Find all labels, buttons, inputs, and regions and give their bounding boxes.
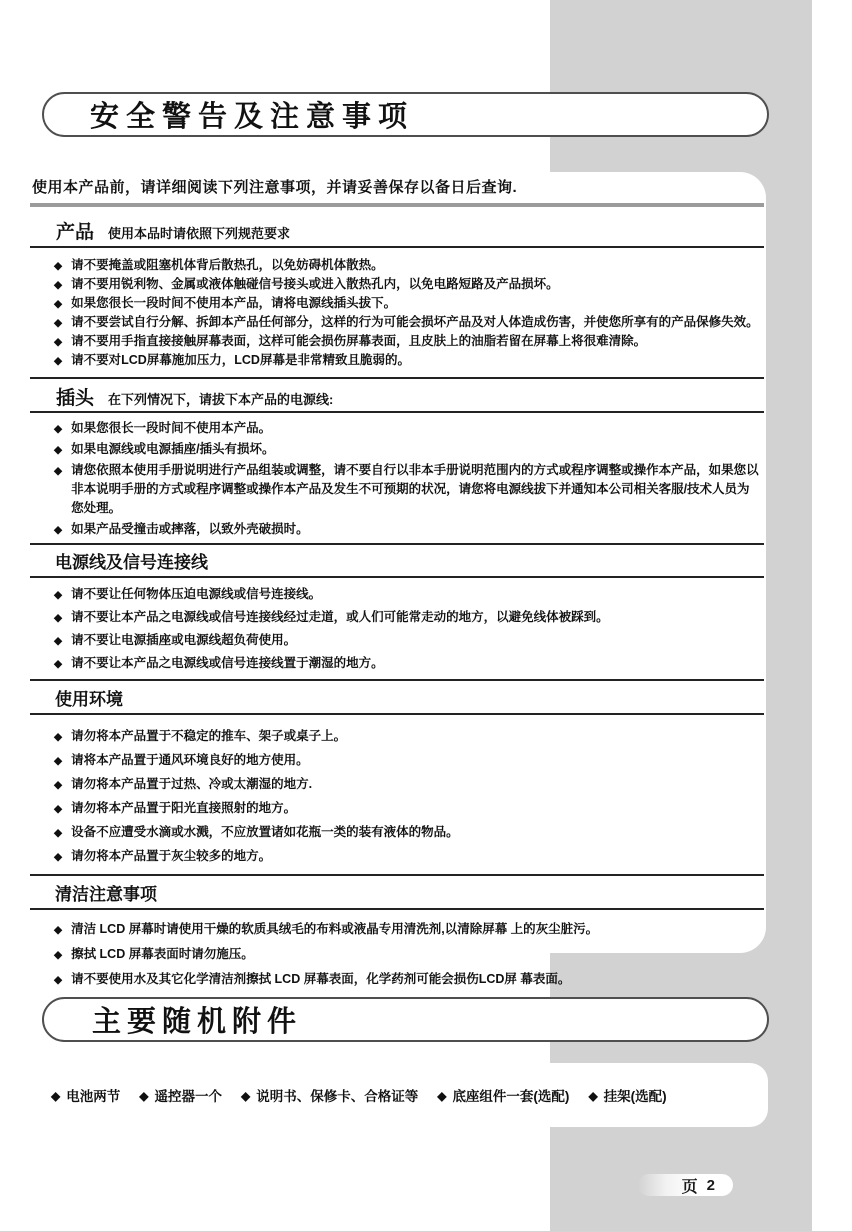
bullet-item: ◆请将本产品置于通风环境良好的地方使用。	[54, 751, 760, 770]
bullet-text: 清洁 LCD 屏幕时请使用干燥的软质具绒毛的布料或液晶专用清洗剂,以清除屏幕 上…	[71, 920, 760, 939]
diamond-icon: ◆	[54, 752, 62, 771]
section-title-product: 产品 使用本品时请依照下列规范要求	[0, 217, 766, 244]
bullet-text: 请不要让本产品之电源线或信号连接线经过走道，或人们可能常走动的地方，以避免线体被…	[71, 608, 760, 627]
bullet-item: ◆请不要尝试自行分解、拆卸本产品任何部分，这样的行为可能会损坏产品及对人体造成伤…	[54, 314, 760, 331]
section-title: 清洁注意事项	[55, 880, 157, 905]
bullet-item: ◆如果产品受撞击或摔落，以致外壳破损时。	[54, 520, 760, 539]
page-badge-number: 2	[707, 1177, 715, 1194]
bullet-item: ◆设备不应遭受水滴或水溅，不应放置诸如花瓶一类的装有液体的物品。	[54, 823, 760, 842]
bullet-item: ◆请勿将本产品置于灰尘较多的地方。	[54, 847, 760, 866]
bullet-text: 如果产品受撞击或摔落，以致外壳破损时。	[71, 520, 760, 539]
diamond-icon: ◆	[54, 258, 62, 275]
diamond-icon: ◆	[241, 1089, 250, 1103]
section-title: 插头	[56, 383, 94, 410]
manual-page: 安全警告及注意事项 使用本产品前，请详细阅读下列注意事项，并请妥善保存以备日后查…	[0, 0, 852, 1231]
accessories-banner: 主要随机附件	[42, 997, 769, 1042]
intro-text: 使用本产品前，请详细阅读下列注意事项，并请妥善保存以备日后查询.	[32, 176, 766, 197]
bullet-text: 设备不应遭受水滴或水溅，不应放置诸如花瓶一类的装有液体的物品。	[71, 823, 760, 842]
bullet-item: ◆请您依照本使用手册说明进行产品组装或调整，请不要自行以非本手册说明范围内的方式…	[54, 461, 760, 518]
section-title: 使用环境	[55, 685, 123, 710]
accessory-item: ◆说明书、保修卡、合格证等	[241, 1085, 418, 1105]
diamond-icon: ◆	[54, 334, 62, 351]
bullet-text: 请不要用锐利物、金属或液体触碰信号接头或进入散热孔内，以免电路短路及产品损坏。	[71, 276, 760, 293]
safety-banner: 安全警告及注意事项	[42, 92, 769, 137]
accessory-item: ◆底座组件一套(选配)	[437, 1085, 569, 1105]
safety-banner-title: 安全警告及注意事项	[90, 94, 414, 135]
section-rule	[30, 246, 764, 248]
accessories-banner-title: 主要随机附件	[92, 999, 302, 1040]
section-title: 电源线及信号连接线	[55, 548, 208, 573]
accessory-item: ◆电池两节	[51, 1085, 120, 1105]
bullet-item: ◆请不要让本产品之电源线或信号连接线经过走道，或人们可能常走动的地方，以避免线体…	[54, 608, 760, 627]
bullet-text: 请不要尝试自行分解、拆卸本产品任何部分，这样的行为可能会损坏产品及对人体造成伤害…	[71, 314, 760, 331]
diamond-icon: ◆	[54, 353, 62, 370]
bullet-item: ◆请不要掩盖或阻塞机体背后散热孔，以免妨碍机体散热。	[54, 257, 760, 274]
accessory-item: ◆挂架(选配)	[588, 1085, 666, 1105]
section-title-cleaning: 清洁注意事项	[0, 880, 766, 905]
section-rule	[30, 377, 764, 379]
diamond-icon: ◆	[54, 315, 62, 332]
content-panel: 使用本产品前，请详细阅读下列注意事项，并请妥善保存以备日后查询. 产品 使用本品…	[0, 172, 766, 953]
bullet-text: 请勿将本产品置于灰尘较多的地方。	[71, 847, 760, 866]
diamond-icon: ◆	[51, 1089, 60, 1103]
section-title-plug: 插头 在下列情况下，请拔下本产品的电源线:	[0, 383, 766, 410]
diamond-icon: ◆	[54, 728, 62, 747]
diamond-icon: ◆	[54, 609, 62, 628]
diamond-icon: ◆	[54, 521, 62, 540]
section-rule	[30, 874, 764, 876]
section-rule	[30, 679, 764, 681]
section-rule	[30, 411, 764, 413]
bullet-text: 请不要使用水及其它化学清洁剂擦拭 LCD 屏幕表面，化学药剂可能会损伤LCD屏 …	[71, 970, 760, 989]
bullet-text: 如果您很长一段时间不使用本产品，请将电源线插头拔下。	[71, 295, 760, 312]
bullet-text: 请不要掩盖或阻塞机体背后散热孔，以免妨碍机体散热。	[71, 257, 760, 274]
bullet-text: 请不要用手指直接接触屏幕表面，这样可能会损伤屏幕表面，且皮肤上的油脂若留在屏幕上…	[71, 333, 760, 350]
bullet-item: ◆请勿将本产品置于过热、冷或太潮湿的地方.	[54, 775, 760, 794]
accessory-item: ◆遥控器一个	[139, 1085, 222, 1105]
bullet-text: 请将本产品置于通风环境良好的地方使用。	[71, 751, 760, 770]
section-rule	[30, 576, 764, 578]
bullet-item: ◆请不要让本产品之电源线或信号连接线置于潮湿的地方。	[54, 654, 760, 673]
diamond-icon: ◆	[139, 1089, 148, 1103]
diamond-icon: ◆	[54, 586, 62, 605]
accessory-label: 说明书、保修卡、合格证等	[256, 1085, 418, 1105]
bullet-item: ◆如果您很长一段时间不使用本产品，请将电源线插头拔下。	[54, 295, 760, 312]
bullet-list-product: ◆请不要掩盖或阻塞机体背后散热孔，以免妨碍机体散热。 ◆请不要用锐利物、金属或液…	[0, 257, 766, 369]
section-title: 产品	[56, 217, 94, 244]
diamond-icon: ◆	[54, 824, 62, 843]
bullet-item: ◆如果电源线或电源插座/插头有损坏。	[54, 440, 760, 459]
bullet-item: ◆请不要让电源插座或电源线超负荷使用。	[54, 631, 760, 650]
divider-thick	[30, 203, 764, 207]
section-rule	[30, 543, 764, 545]
bullet-text: 请勿将本产品置于过热、冷或太潮湿的地方.	[71, 775, 760, 794]
page-badge-label: 页	[682, 1174, 698, 1197]
diamond-icon: ◆	[54, 632, 62, 651]
bullet-list-cleaning: ◆清洁 LCD 屏幕时请使用干燥的软质具绒毛的布料或液晶专用清洗剂,以清除屏幕 …	[0, 920, 766, 989]
bullet-item: ◆请不要让任何物体压迫电源线或信号连接线。	[54, 585, 760, 604]
section-rule	[30, 908, 764, 910]
bullet-item: ◆清洁 LCD 屏幕时请使用干燥的软质具绒毛的布料或液晶专用清洗剂,以清除屏幕 …	[54, 920, 760, 939]
bullet-text: 如果您很长一段时间不使用本产品。	[71, 419, 760, 438]
diamond-icon: ◆	[54, 800, 62, 819]
diamond-icon: ◆	[54, 776, 62, 795]
diamond-icon: ◆	[54, 921, 62, 940]
diamond-icon: ◆	[54, 277, 62, 294]
diamond-icon: ◆	[54, 655, 62, 674]
diamond-icon: ◆	[54, 971, 62, 990]
bullet-text: 请勿将本产品置于阳光直接照射的地方。	[71, 799, 760, 818]
bullet-list-environment: ◆请勿将本产品置于不稳定的推车、架子或桌子上。 ◆请将本产品置于通风环境良好的地…	[0, 727, 766, 866]
diamond-icon: ◆	[54, 848, 62, 867]
bullet-list-cords: ◆请不要让任何物体压迫电源线或信号连接线。 ◆请不要让本产品之电源线或信号连接线…	[0, 585, 766, 673]
diamond-icon: ◆	[54, 296, 62, 313]
bullet-item: ◆如果您很长一段时间不使用本产品。	[54, 419, 760, 438]
bullet-text: 请勿将本产品置于不稳定的推车、架子或桌子上。	[71, 727, 760, 746]
diamond-icon: ◆	[54, 946, 62, 965]
accessory-label: 挂架(选配)	[604, 1085, 667, 1105]
diamond-icon: ◆	[54, 420, 62, 439]
bullet-text: 擦拭 LCD 屏幕表面时请勿施压。	[71, 945, 760, 964]
diamond-icon: ◆	[588, 1089, 597, 1103]
diamond-icon: ◆	[54, 462, 62, 519]
bullet-text: 请不要让任何物体压迫电源线或信号连接线。	[71, 585, 760, 604]
accessory-label: 电池两节	[66, 1085, 120, 1105]
section-title-cords: 电源线及信号连接线	[0, 548, 766, 573]
bullet-text: 如果电源线或电源插座/插头有损坏。	[71, 440, 760, 459]
bullet-text: 请您依照本使用手册说明进行产品组装或调整，请不要自行以非本手册说明范围内的方式或…	[71, 461, 760, 518]
accessory-label: 遥控器一个	[154, 1085, 222, 1105]
bullet-item: ◆请勿将本产品置于阳光直接照射的地方。	[54, 799, 760, 818]
bullet-item: ◆请不要用锐利物、金属或液体触碰信号接头或进入散热孔内，以免电路短路及产品损坏。	[54, 276, 760, 293]
bullet-list-plug: ◆如果您很长一段时间不使用本产品。 ◆如果电源线或电源插座/插头有损坏。 ◆请您…	[0, 419, 766, 539]
section-title-environment: 使用环境	[0, 685, 766, 710]
accessory-label: 底座组件一套(选配)	[452, 1085, 569, 1105]
section-subtitle: 在下列情况下，请拔下本产品的电源线:	[108, 389, 333, 408]
section-subtitle: 使用本品时请依照下列规范要求	[108, 223, 290, 242]
bullet-text: 请不要让本产品之电源线或信号连接线置于潮湿的地方。	[71, 654, 760, 673]
accessories-panel: ◆电池两节 ◆遥控器一个 ◆说明书、保修卡、合格证等 ◆底座组件一套(选配) ◆…	[30, 1063, 768, 1127]
bullet-item: ◆请不要使用水及其它化学清洁剂擦拭 LCD 屏幕表面，化学药剂可能会损伤LCD屏…	[54, 970, 760, 989]
diamond-icon: ◆	[437, 1089, 446, 1103]
bullet-item: ◆请勿将本产品置于不稳定的推车、架子或桌子上。	[54, 727, 760, 746]
diamond-icon: ◆	[54, 441, 62, 460]
page-badge: 页 2	[638, 1174, 733, 1196]
bullet-item: ◆请不要对LCD屏幕施加压力，LCD屏幕是非常精致且脆弱的。	[54, 352, 760, 369]
bullet-text: 请不要让电源插座或电源线超负荷使用。	[71, 631, 760, 650]
bullet-text: 请不要对LCD屏幕施加压力，LCD屏幕是非常精致且脆弱的。	[71, 352, 760, 369]
bullet-item: ◆擦拭 LCD 屏幕表面时请勿施压。	[54, 945, 760, 964]
bullet-item: ◆请不要用手指直接接触屏幕表面，这样可能会损伤屏幕表面，且皮肤上的油脂若留在屏幕…	[54, 333, 760, 350]
section-rule	[30, 713, 764, 715]
